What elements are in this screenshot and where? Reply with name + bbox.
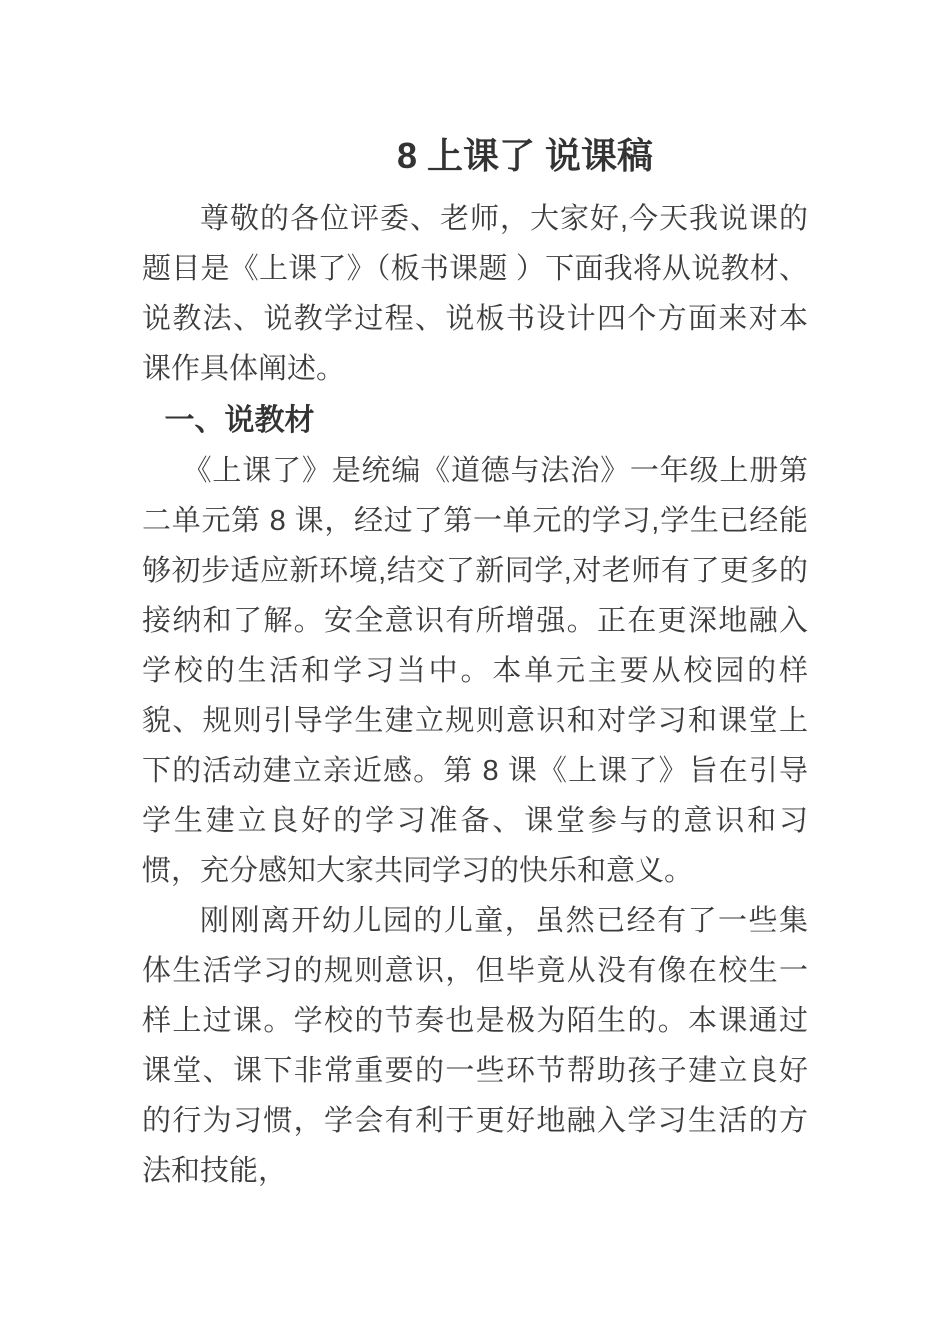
intro-paragraph: 尊敬的各位评委、老师，大家好,今天我说课的题目是《上课了》（板书课题 ）下面我将… — [142, 194, 808, 394]
document-page: 8 上课了 说课稿 尊敬的各位评委、老师，大家好,今天我说课的题目是《上课了》（… — [0, 0, 950, 1344]
paragraph-learner-analysis: 刚刚离开幼儿园的儿童，虽然已经有了一些集体生活学习的规则意识，但毕竟从没有像在校… — [142, 896, 808, 1196]
section-heading-teaching-material: 一、说教材 — [142, 396, 808, 446]
document-content: 8 上课了 说课稿 尊敬的各位评委、老师，大家好,今天我说课的题目是《上课了》（… — [142, 130, 808, 1196]
paragraph-textbook-analysis: 《上课了》是统编《道德与法治》一年级上册第二单元第 8 课，经过了第一单元的学习… — [142, 446, 808, 896]
document-title: 8 上课了 说课稿 — [142, 130, 808, 182]
